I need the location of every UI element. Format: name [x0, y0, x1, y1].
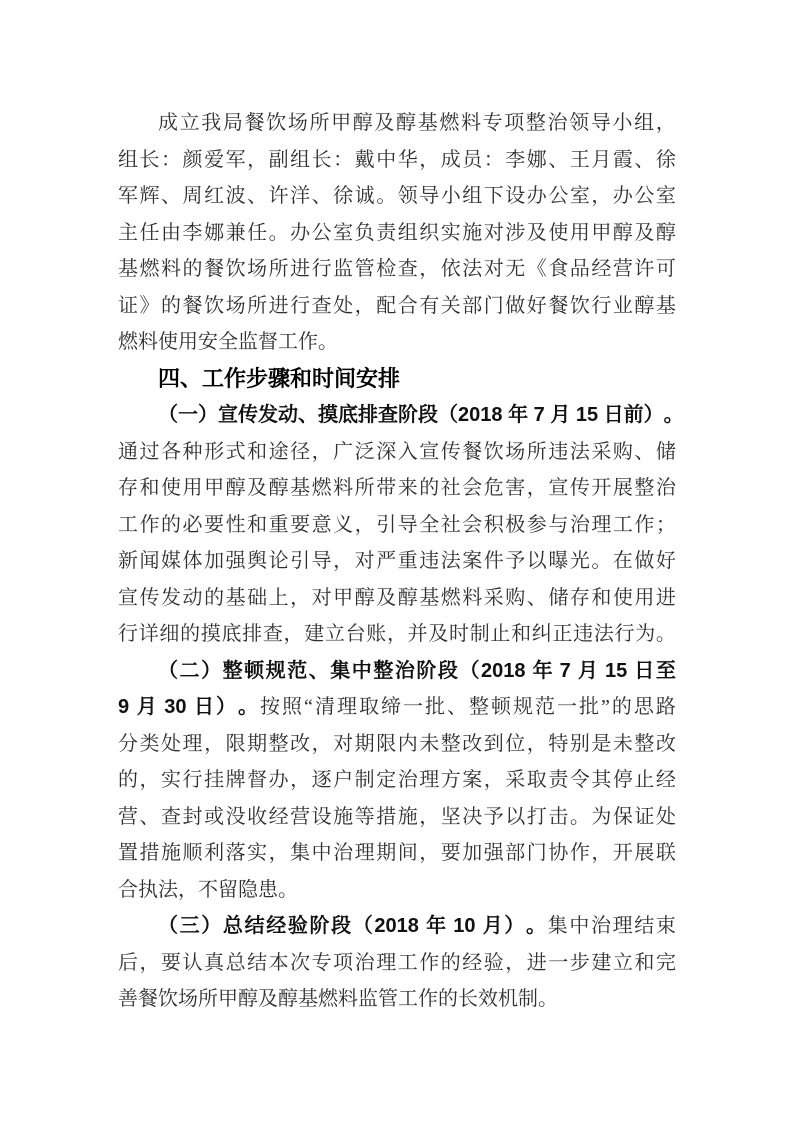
text-run: 集 — [548, 908, 568, 945]
text-run: 徐 — [656, 142, 676, 179]
text-run: 取 — [527, 762, 547, 799]
text-run: 无 — [505, 251, 525, 288]
text-line: 的，实行挂牌督办，逐户制定治理方案，采取责令其停止经 — [118, 762, 676, 799]
text-run: 颜 — [183, 142, 203, 179]
text-run: 作 — [570, 835, 590, 872]
text-run: 整 — [469, 689, 489, 726]
text-line: 军辉、周红波、许洋、徐诚。领导小组下设办公室，办公室 — [118, 178, 676, 215]
text-run: 醇 — [634, 288, 654, 325]
text-run: 燃 — [140, 251, 160, 288]
text-run: 取 — [359, 689, 379, 726]
text-run: 料 — [333, 470, 353, 507]
text-run: 、 — [312, 178, 332, 215]
bold-text-run: 传 — [238, 397, 258, 434]
text-run: 戴 — [355, 142, 375, 179]
text-run: 发 — [161, 580, 181, 617]
text-run: 逐 — [312, 762, 332, 799]
text-run: 存 — [570, 580, 590, 617]
text-run: 、 — [527, 580, 547, 617]
text-run: 组 — [398, 215, 418, 252]
text-run: 一 — [557, 689, 577, 726]
text-run: ， — [140, 762, 160, 799]
text-line: 新闻媒体加强舆论引导，对严重违法案件予以曝光。在做好 — [118, 543, 676, 580]
text-run: 停 — [613, 762, 633, 799]
text-run: 使 — [613, 580, 633, 617]
text-run: 做 — [505, 288, 525, 325]
bold-text-run: 宣 — [218, 397, 238, 434]
text-run: 小 — [612, 105, 632, 142]
bold-text-run: 7 — [528, 397, 550, 434]
text-run: 法 — [441, 543, 461, 580]
text-run: 行 — [118, 616, 138, 653]
text-run: ， — [387, 616, 407, 653]
text-run: ， — [656, 105, 676, 142]
text-run: 施 — [161, 835, 181, 872]
text-run: 办 — [269, 762, 289, 799]
text-run: 可 — [656, 251, 676, 288]
text-run: 营 — [613, 251, 633, 288]
text-run: 办 — [613, 178, 633, 215]
text-run: 式 — [226, 434, 246, 471]
text-run: 的 — [161, 288, 181, 325]
bold-text-run: 年 — [508, 397, 528, 434]
text-run: 及 — [376, 580, 396, 617]
text-line: 主任由李娜兼任。办公室负责组织实施对涉及使用甲醇及醇 — [118, 215, 676, 252]
text-run: 定 — [376, 762, 396, 799]
bold-text-run: 规 — [266, 653, 286, 690]
text-line: 证》的餐饮场所进行查处，配合有关部门做好餐饮行业醇基 — [118, 288, 676, 325]
text-run: 整 — [634, 726, 654, 763]
bold-text-run: 前 — [624, 397, 644, 434]
text-run: 途 — [269, 434, 289, 471]
bold-text-run: 三 — [180, 908, 200, 945]
text-run: 理 — [613, 908, 633, 945]
text-run: 营 — [118, 799, 138, 836]
text-run: 限 — [376, 726, 396, 763]
text-run: 醇 — [353, 105, 373, 142]
text-run: 配 — [376, 288, 396, 325]
text-run: 李 — [183, 215, 203, 252]
text-run: 查 — [263, 616, 283, 653]
text-run: “ — [304, 689, 313, 726]
text-run: 成 — [158, 105, 178, 142]
text-run: 设 — [505, 178, 525, 215]
text-run: 展 — [613, 470, 633, 507]
text-run: 治 — [548, 105, 568, 142]
bold-text-run: 日 — [634, 653, 654, 690]
text-run: ， — [355, 507, 375, 544]
text-run: 闻 — [140, 543, 160, 580]
text-run: 。 — [591, 543, 611, 580]
text-run: 、 — [634, 142, 654, 179]
text-run: 要 — [290, 507, 310, 544]
text-run: 及 — [374, 105, 394, 142]
text-run: 后 — [118, 945, 138, 982]
bold-text-run: 四、工作步骤和时间安排 — [158, 366, 400, 391]
text-run: 室 — [656, 178, 676, 215]
text-run: ， — [140, 945, 160, 982]
bold-text-run: 治 — [395, 653, 415, 690]
text-run: 饮 — [226, 251, 246, 288]
text-run: 未 — [613, 726, 633, 763]
bold-text-run: 段 — [438, 653, 458, 690]
text-run: 洋 — [290, 178, 310, 215]
text-run: 限 — [226, 726, 246, 763]
text-run: 存 — [118, 470, 138, 507]
text-run: 导 — [398, 507, 418, 544]
text-run: 甲 — [591, 215, 611, 252]
text-run: 《 — [527, 251, 547, 288]
text-run: 基 — [656, 288, 676, 325]
text-run: 束 — [656, 908, 676, 945]
text-run: 食 — [548, 251, 568, 288]
text-run: 军 — [226, 142, 246, 179]
text-run: 所 — [309, 105, 329, 142]
text-run: 本 — [269, 945, 289, 982]
text-run: 所 — [269, 251, 289, 288]
text-run: ； — [656, 507, 676, 544]
text-run: 的 — [183, 251, 203, 288]
text-run: 甲 — [333, 580, 353, 617]
document-text-area: 成立我局餐饮场所甲醇及醇基燃料专项整治领导小组，组长：颜爱军，副组长：戴中华，成… — [118, 105, 676, 1018]
text-run: 处 — [656, 799, 676, 836]
text-run: ， — [247, 142, 267, 179]
bold-text-run: 7 — [554, 653, 576, 690]
bold-text-run: 15 — [570, 397, 603, 434]
text-run: 爱 — [204, 142, 224, 179]
text-run: 织 — [419, 215, 439, 252]
bold-text-run: 一 — [178, 397, 198, 434]
text-run: 实 — [441, 215, 461, 252]
text-run: 查 — [312, 288, 332, 325]
text-run: 排 — [242, 616, 262, 653]
text-run: 。 — [656, 616, 676, 653]
text-run: 基 — [226, 580, 246, 617]
text-run: 加 — [204, 543, 224, 580]
text-run: 内 — [398, 726, 418, 763]
text-run: 的 — [180, 616, 200, 653]
text-run: 泛 — [355, 434, 375, 471]
text-run: 舆 — [247, 543, 267, 580]
text-run: 别 — [570, 726, 590, 763]
text-run: 范 — [535, 689, 555, 726]
text-run: ， — [269, 835, 289, 872]
text-run: 关 — [441, 288, 461, 325]
text-run: 积 — [484, 507, 504, 544]
text-run: 局 — [223, 105, 243, 142]
text-run: 购 — [613, 434, 633, 471]
text-run: 主 — [118, 215, 138, 252]
text-run: 和 — [140, 470, 160, 507]
text-run: 来 — [398, 470, 418, 507]
text-run: 证 — [634, 799, 654, 836]
bold-text-run: ） — [201, 908, 221, 945]
text-run: 账 — [366, 616, 386, 653]
text-run: 查 — [161, 799, 181, 836]
text-run: 燃 — [312, 470, 332, 507]
text-run: 工 — [118, 507, 138, 544]
text-run: 路 — [656, 689, 676, 726]
text-run: 法 — [594, 616, 614, 653]
text-run: 醇 — [656, 215, 676, 252]
text-run: 施 — [462, 215, 482, 252]
text-run: 到 — [484, 726, 504, 763]
text-run: 王 — [570, 142, 590, 179]
text-run: 详 — [139, 616, 159, 653]
text-run: 查 — [398, 251, 418, 288]
text-run: 组 — [634, 105, 654, 142]
text-run: 光 — [570, 543, 590, 580]
text-line: （一）宣传发动、摸底排查阶段（2018 年 7 月 15 日前）。 — [118, 397, 676, 434]
document-page: { "page": { "background_color": "#ffffff… — [0, 0, 793, 1122]
text-run: 重 — [398, 543, 418, 580]
text-run: 行 — [183, 762, 203, 799]
text-run: 储 — [656, 434, 676, 471]
text-run: ， — [484, 762, 504, 799]
text-run: 霞 — [613, 142, 633, 179]
text-run: 料 — [161, 251, 181, 288]
text-run: 》 — [140, 288, 160, 325]
text-run: 特 — [548, 726, 568, 763]
bold-text-run: 发 — [258, 397, 278, 434]
text-run: 强 — [226, 543, 246, 580]
text-run: ， — [591, 178, 611, 215]
text-run: 挂 — [204, 762, 224, 799]
text-run: ， — [290, 762, 310, 799]
text-run: 部 — [462, 288, 482, 325]
text-line: 存和使用甲醇及醇基燃料所带来的社会危害，宣传开展整治 — [118, 470, 676, 507]
bold-text-run: 日 — [194, 689, 214, 726]
text-run: 各 — [161, 434, 181, 471]
text-run: 治 — [355, 945, 375, 982]
text-run: 为 — [591, 799, 611, 836]
text-run: 的 — [612, 689, 632, 726]
bold-text-run: （ — [158, 397, 178, 434]
text-run: 、 — [140, 799, 160, 836]
text-run: ， — [419, 799, 439, 836]
text-run: 领 — [398, 178, 418, 215]
text-run: 上 — [269, 580, 289, 617]
text-run: 公 — [312, 215, 332, 252]
bold-text-run: 二 — [180, 653, 200, 690]
text-run: 止 — [490, 616, 510, 653]
text-run: 场 — [288, 105, 308, 142]
text-run: 封 — [183, 799, 203, 836]
text-run: 项 — [504, 105, 524, 142]
bold-text-run: 30 — [159, 689, 192, 726]
text-run: ， — [527, 726, 547, 763]
text-run: 基 — [118, 251, 138, 288]
bold-text-run: 阶 — [309, 908, 329, 945]
text-line: 通过各种形式和途径，广泛深入宣传餐饮场所违法采购、储 — [118, 434, 676, 471]
text-run: 动 — [183, 580, 203, 617]
text-run: 经 — [591, 251, 611, 288]
text-run: 治 — [656, 470, 676, 507]
text-run: 建 — [591, 945, 611, 982]
bold-text-run: 结 — [245, 908, 265, 945]
bold-text-run: 。 — [526, 908, 546, 945]
text-run: 期 — [247, 726, 267, 763]
text-run: 清 — [315, 689, 335, 726]
text-run: 责 — [376, 215, 396, 252]
text-run: 落 — [226, 835, 246, 872]
text-run: 料 — [462, 580, 482, 617]
text-run: 类 — [140, 726, 160, 763]
text-run: ， — [284, 616, 304, 653]
text-run: 工 — [613, 507, 633, 544]
text-run: 行 — [312, 251, 332, 288]
text-run: 体 — [183, 543, 203, 580]
text-run: 所 — [355, 470, 375, 507]
text-run: 下 — [484, 178, 504, 215]
text-line: 燃料使用安全监督工作。 — [118, 324, 676, 361]
text-run: 、 — [161, 178, 181, 215]
text-run: 施 — [398, 799, 418, 836]
text-run: 醇 — [355, 580, 375, 617]
text-run: 宣 — [419, 434, 439, 471]
text-run: 基 — [290, 470, 310, 507]
text-run: 制 — [355, 762, 375, 799]
text-run: 专 — [483, 105, 503, 142]
text-run: ， — [419, 142, 439, 179]
text-run: 案 — [462, 762, 482, 799]
text-run: 击 — [548, 799, 568, 836]
bold-text-run: ） — [644, 397, 664, 434]
text-run: 进 — [290, 251, 310, 288]
text-run: 经 — [656, 762, 676, 799]
text-run: 饮 — [204, 288, 224, 325]
text-run: 顿 — [491, 689, 511, 726]
text-run: 整 — [441, 726, 461, 763]
text-run: 础 — [247, 580, 267, 617]
text-run: 结 — [634, 908, 654, 945]
text-run: 长 — [140, 142, 160, 179]
text-run: 工 — [398, 945, 418, 982]
text-run: 室 — [570, 178, 590, 215]
text-run: 一 — [548, 945, 568, 982]
text-run: 法 — [462, 251, 482, 288]
text-run: ， — [312, 434, 332, 471]
text-run: 使 — [161, 470, 181, 507]
text-run: 由 — [161, 215, 181, 252]
text-run: 部 — [505, 835, 525, 872]
text-run: 户 — [333, 762, 353, 799]
bold-text-run: 阶 — [398, 397, 418, 434]
text-run: 使 — [548, 215, 568, 252]
text-run: 组 — [118, 142, 138, 179]
text-run: 予 — [484, 799, 504, 836]
page-background: 成立我局餐饮场所甲醇及醇基燃料专项整治领导小组，组长：颜爱军，副组长：戴中华，成… — [0, 0, 793, 1122]
text-run: 改 — [462, 726, 482, 763]
text-run: 通 — [118, 434, 138, 471]
text-run: 对 — [484, 215, 504, 252]
text-run: 和 — [511, 616, 531, 653]
bold-text-run: 9 — [118, 689, 135, 726]
text-run: 媒 — [161, 543, 181, 580]
text-run: 案 — [462, 543, 482, 580]
text-run: 对 — [333, 726, 353, 763]
text-run: 兼 — [226, 215, 246, 252]
bold-text-run: 集 — [330, 653, 350, 690]
text-run: 治 — [591, 908, 611, 945]
text-run: 收 — [247, 799, 267, 836]
text-run: 对 — [355, 543, 375, 580]
text-run: 醇 — [613, 215, 633, 252]
bold-text-run: 查 — [378, 397, 398, 434]
bold-text-run: （ — [353, 908, 373, 945]
text-run: 小 — [441, 178, 461, 215]
text-run: 义 — [333, 507, 353, 544]
text-run: 我 — [201, 105, 221, 142]
text-run: 、 — [447, 689, 467, 726]
text-run: 有 — [419, 288, 439, 325]
text-run: ， — [419, 835, 439, 872]
text-run: 为 — [635, 616, 655, 653]
text-run: 坚 — [441, 799, 461, 836]
text-run: 照 — [282, 689, 302, 726]
text-run: 处 — [333, 288, 353, 325]
text-line: 成立我局餐饮场所甲醇及醇基燃料专项整治领导小组， — [118, 105, 676, 142]
text-run: 检 — [376, 251, 396, 288]
bold-text-run: 2018 — [374, 908, 424, 945]
text-run: 做 — [634, 543, 654, 580]
bold-text-run: 总 — [223, 908, 243, 945]
text-run: 径 — [290, 434, 310, 471]
bold-text-run: 年 — [533, 653, 553, 690]
text-run: 整 — [634, 470, 654, 507]
text-run: 。 — [269, 215, 289, 252]
text-run: 或 — [204, 799, 224, 836]
bold-text-run: 范 — [287, 653, 307, 690]
bold-text-run: 动 — [278, 397, 298, 434]
text-line: 营、查封或没收经营设施等措施，坚决予以打击。为保证处 — [118, 799, 676, 836]
bold-text-run: （ — [438, 397, 458, 434]
text-run: 餐 — [183, 288, 203, 325]
text-run: 展 — [634, 835, 654, 872]
text-run: 以 — [505, 799, 525, 836]
text-line: 工作的必要性和重要意义，引导全社会积极参与治理工作； — [118, 507, 676, 544]
bold-text-run: 段 — [331, 908, 351, 945]
bold-text-run: 摸 — [318, 397, 338, 434]
bold-text-run: 段 — [418, 397, 438, 434]
text-run: 门 — [527, 835, 547, 872]
text-run: 入 — [398, 434, 418, 471]
text-line: 组长：颜爱军，副组长：戴中华，成员：李娜、王月霞、徐 — [118, 142, 676, 179]
text-run: 及 — [634, 215, 654, 252]
text-run: 、 — [548, 142, 568, 179]
text-run: 好 — [656, 543, 676, 580]
text-run: 理 — [376, 945, 396, 982]
text-run: 制 — [470, 616, 490, 653]
text-run: 甲 — [331, 105, 351, 142]
text-run: 联 — [656, 835, 676, 872]
text-run: 理 — [183, 726, 203, 763]
text-run: 场 — [505, 434, 525, 471]
text-run: 传 — [140, 580, 160, 617]
text-run: 会 — [462, 507, 482, 544]
bold-text-run: 月 — [483, 908, 503, 945]
text-run: 宣 — [548, 470, 568, 507]
text-run: 、 — [247, 178, 267, 215]
bold-text-run: ） — [504, 908, 524, 945]
text-run: 底 — [221, 616, 241, 653]
text-run: 缔 — [381, 689, 401, 726]
text-run: 醇 — [398, 580, 418, 617]
text-run: 基 — [419, 580, 439, 617]
text-run: 顺 — [183, 835, 203, 872]
text-run: 位 — [505, 726, 525, 763]
text-run: 导 — [591, 105, 611, 142]
